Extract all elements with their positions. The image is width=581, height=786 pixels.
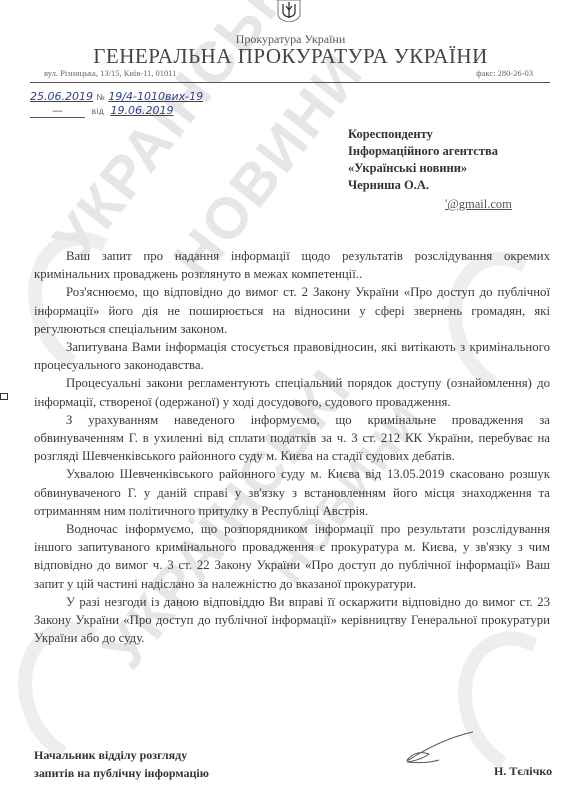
margin-mark xyxy=(0,393,8,400)
paragraph: З урахуванням наведеного інформуємо, що … xyxy=(34,411,550,466)
paragraph: Ваш запит про надання інформації щодо ре… xyxy=(34,247,550,283)
incoming-registration: — від 19.06.2019 xyxy=(30,104,173,118)
signer-name: Н. Тєлічко xyxy=(494,764,552,779)
paragraph: У разі незгоди із даною відповіддю Ви вп… xyxy=(34,593,550,648)
incoming-number-blank: — xyxy=(30,104,85,118)
handwritten-signature-icon xyxy=(395,730,475,766)
outgoing-number: 19/4-1010вих-19 xyxy=(108,90,203,103)
trident-emblem-icon xyxy=(274,0,304,22)
signer-title: Начальник відділу розгляду запитів на пу… xyxy=(34,746,209,782)
number-sign: № xyxy=(96,93,104,102)
paragraph: Процесуальні закони регламентують спеціа… xyxy=(34,374,550,410)
org-fax: факс: 280-26-03 xyxy=(476,68,533,78)
recipient-name: Черниша О.А. xyxy=(348,177,498,194)
signer-title-line: Начальник відділу розгляду xyxy=(34,746,209,764)
org-name-title: ГЕНЕРАЛЬНА ПРОКУРАТУРА УКРАЇНИ xyxy=(0,44,581,69)
letterhead-divider xyxy=(30,82,550,83)
paragraph: Роз'яснюємо, що відповідно до вимог ст. … xyxy=(34,283,550,338)
recipient-line: «Українські новини» xyxy=(348,160,498,177)
outgoing-date: 25.06.2019 xyxy=(30,90,93,103)
org-address: вул. Різницька, 13/15, Київ-11, 01011 xyxy=(44,68,177,78)
letter-body: Ваш запит про надання інформації щодо ре… xyxy=(34,247,550,647)
recipient-block: Кореспонденту Інформаційного агентства «… xyxy=(348,126,498,194)
recipient-email: '@gmail.com xyxy=(445,197,512,212)
signer-title-line: запитів на публічну інформацію xyxy=(34,764,209,782)
recipient-line: Кореспонденту xyxy=(348,126,498,143)
paragraph: Водночас інформуємо, що розпорядником ін… xyxy=(34,520,550,593)
incoming-date: 19.06.2019 xyxy=(110,104,173,117)
outgoing-registration: 25.06.2019 № 19/4-1010вих-19 xyxy=(30,90,203,103)
paragraph: Ухвалою Шевченківського районного суду м… xyxy=(34,465,550,520)
paragraph: Запитувана Вами інформація стосується пр… xyxy=(34,338,550,374)
recipient-line: Інформаційного агентства xyxy=(348,143,498,160)
from-label: від xyxy=(92,107,104,116)
